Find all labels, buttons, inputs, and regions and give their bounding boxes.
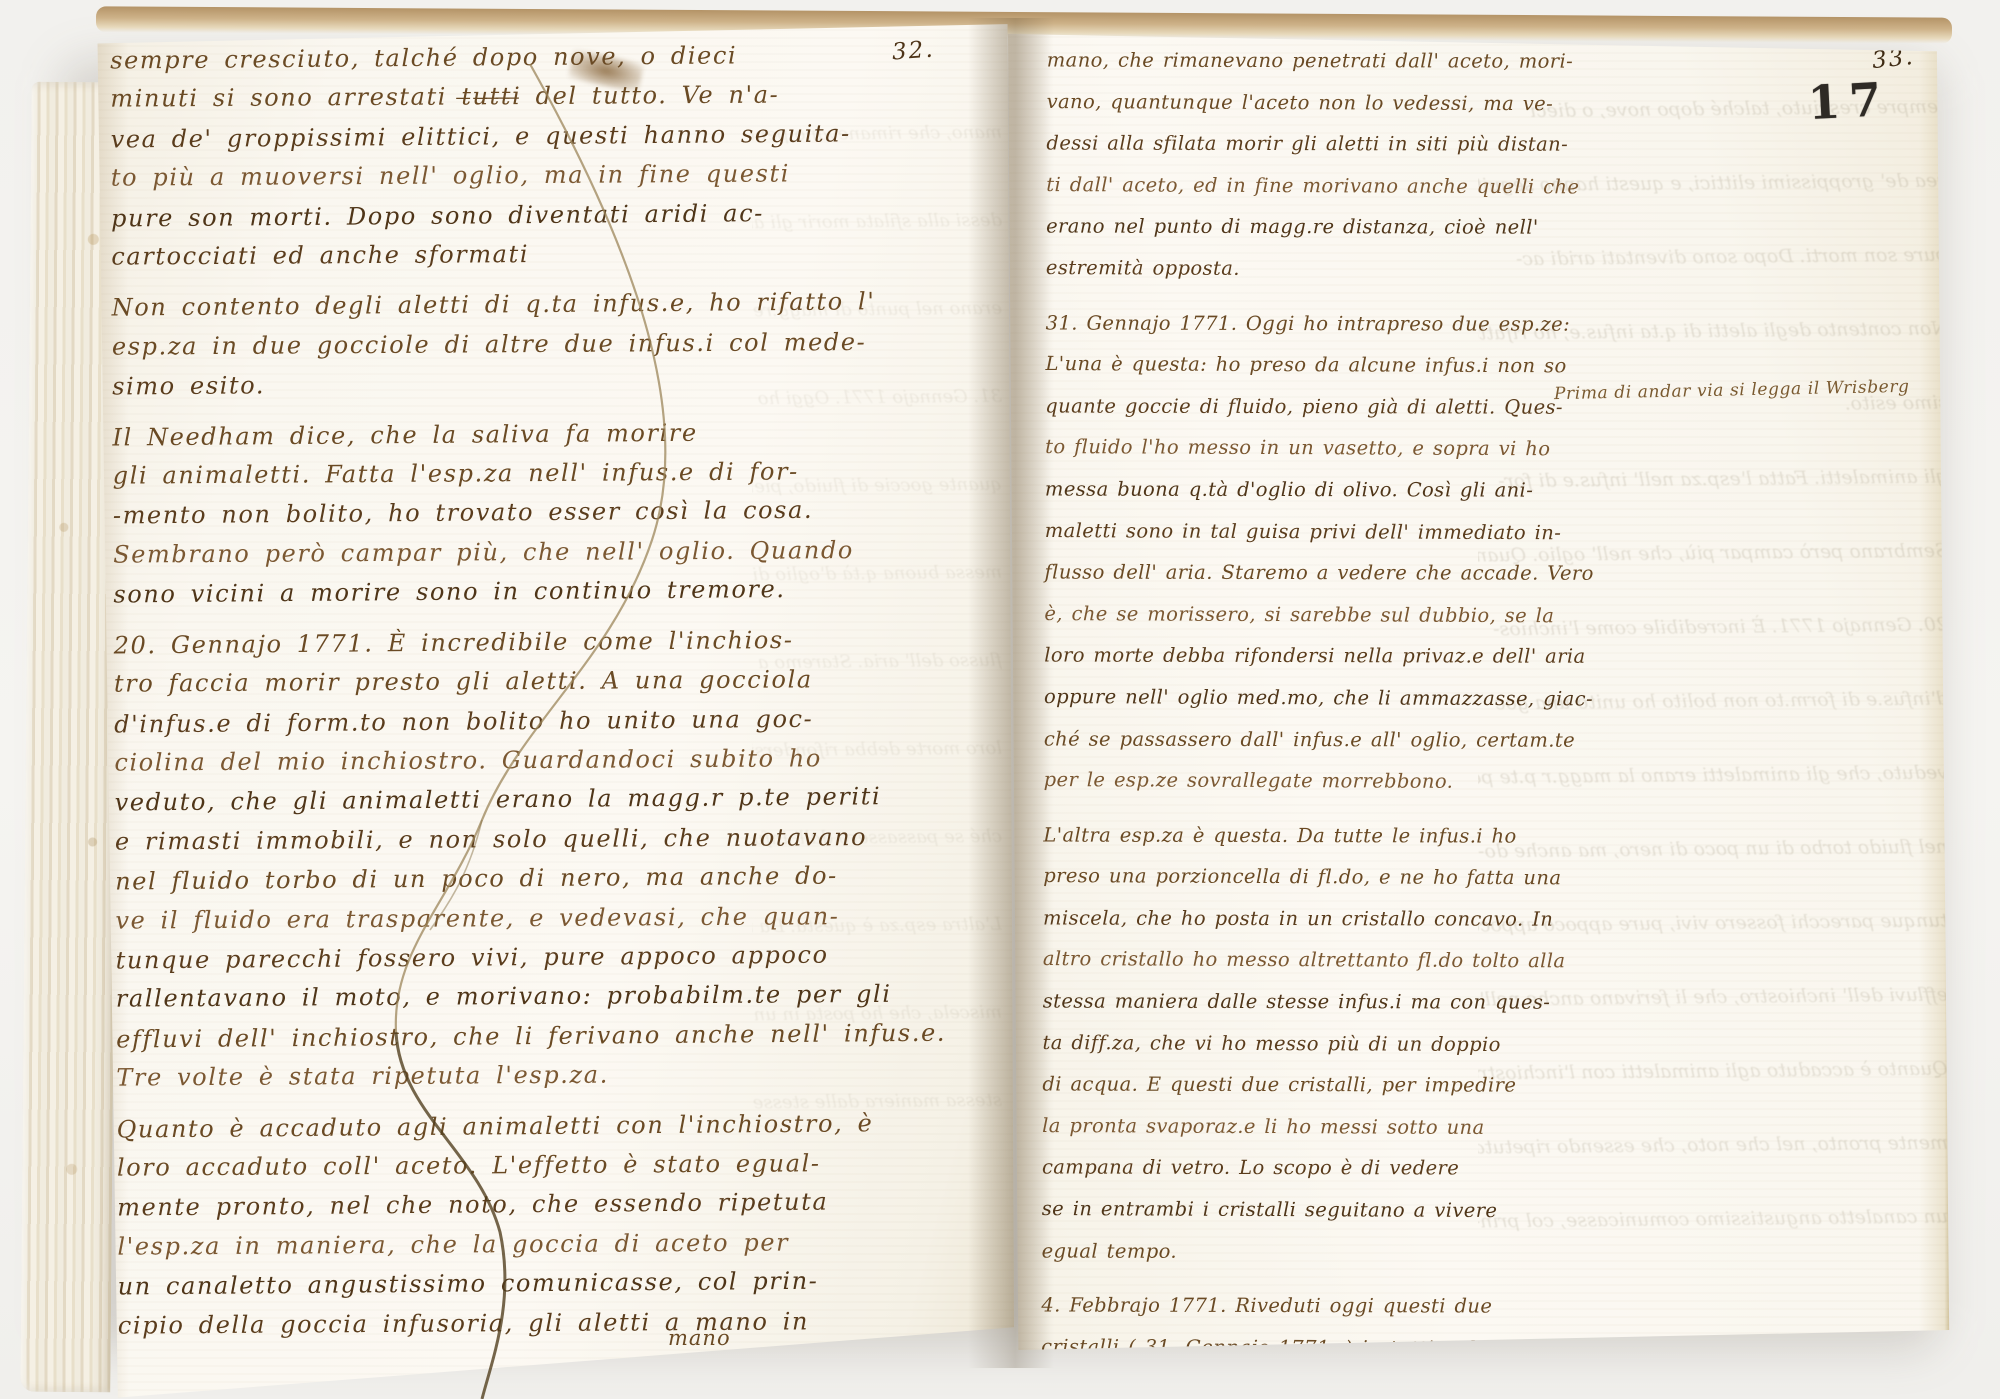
manuscript-line: veduto, che gli animaletti erano la magg… <box>115 777 971 823</box>
manuscript-line: egual tempo. <box>1042 1230 1482 1273</box>
manuscript-line: mano, che rimanevano penetrati dall' ace… <box>1047 40 1487 83</box>
left-page-text: sempre cresciuto, talché dopo nove, o di… <box>110 35 974 1345</box>
right-page: sempre cresciuto, talché dopo nove, o di… <box>1008 26 1952 1358</box>
manuscript-line: nel fluido torbo di un poco di nero, ma … <box>115 856 971 902</box>
manuscript-line: 4. Febbrajo 1771. Riveduti oggi questi d… <box>1041 1285 1481 1328</box>
manuscript-line: oppure nell' oglio med.mo, che li ammazz… <box>1044 676 1484 720</box>
manuscript-line: loro morte debba rifondersi nella privaz… <box>1044 635 1484 678</box>
paragraph: L'altra esp.za è questa. Da tutte le inf… <box>1042 814 1484 1273</box>
manuscript-line: L'una è questa: ho preso da alcune infus… <box>1045 343 1485 387</box>
manuscript-line: vea de' groppissimi elittici, e questi h… <box>110 113 966 159</box>
manuscript-line: ti dall' aceto, ed in fine morivano anch… <box>1046 164 1486 208</box>
right-page-text: mano, che rimanevano penetrati dall' ace… <box>1041 39 1487 1369</box>
marginal-note: Prima di andar via si legga il Wrisberg <box>1554 376 1954 404</box>
paragraph: mano, che rimanevano penetrati dall' ace… <box>1046 39 1487 290</box>
manuscript-line: cartocciati ed anche sformati <box>111 232 967 277</box>
manuscript-line: tunque parecchi fossero vivi, pure appoc… <box>115 934 971 980</box>
manuscript-line: erano nel punto di magg.re distanza, cio… <box>1046 206 1486 249</box>
manuscript-line: d'infus.e di form.to non bolito ho unito… <box>114 698 970 744</box>
bleed-through-line: pure son morti. Dopo sono diventati arid… <box>1478 218 1948 297</box>
paragraph: 20. Gennajo 1771. È incredibile come l'i… <box>114 620 973 1098</box>
manuscript-line: miscela, che ho posta in un cristallo co… <box>1043 897 1483 940</box>
paragraph: Il Needham dice, che la saliva fa morire… <box>112 412 969 614</box>
manuscript-line: sono vicini a morire sono in continuo tr… <box>113 569 969 615</box>
manuscript-line: Non contento degli aletti di q.ta infus.… <box>111 282 967 328</box>
manuscript-line: L'altra esp.za è questa. Da tutte le inf… <box>1043 814 1483 857</box>
page-number-left: 32. <box>891 37 935 66</box>
bleed-through-line: Quanto è accaduto agli animaletti con l'… <box>1478 1032 1948 1111</box>
manuscript-line: l'esp.za in maniera, che la goccia di ac… <box>117 1222 973 1267</box>
manuscript-line: Il Needham dice, che la saliva fa morire <box>112 411 968 457</box>
bleed-through-line: mente pronto, nel che noto, che essendo … <box>1478 1106 1948 1185</box>
manuscript-line: maletti sono in tal guisa privi dell' im… <box>1045 510 1485 554</box>
manuscript-line: to più a muoversi nell' oglio, ma in fin… <box>111 154 967 199</box>
manuscript-line: ciolina del mio inchiostro. Guardandoci … <box>114 738 970 783</box>
manuscript-line: flusso dell' aria. Staremo a vedere che … <box>1045 552 1485 595</box>
manuscript-line: loro accaduto coll' aceto. L'effetto è s… <box>117 1143 973 1188</box>
manuscript-line: e rimasti immobili, e non solo quelli, c… <box>115 817 971 862</box>
manuscript-line: stessa maniera dalle stesse infus.i ma c… <box>1043 981 1483 1024</box>
manuscript-line: simo esito. <box>112 361 968 407</box>
bleed-through-line: un canaletto angustissimo comunicasse, c… <box>1478 1180 1948 1259</box>
manuscript-line: sempre cresciuto, talché dopo nove, o di… <box>110 35 966 81</box>
manuscript-line: to fluido l'ho messo in un vasetto, e so… <box>1045 426 1485 470</box>
paragraph: 4. Febbrajo 1771. Riveduti oggi questi d… <box>1041 1284 1481 1369</box>
manuscript-line: rallentavano il moto, e morivano: probab… <box>116 975 972 1020</box>
page-number-right: 33. <box>1871 44 1916 74</box>
manuscript-line: campana di vetro. Lo scopo è di vedere <box>1042 1147 1482 1190</box>
manuscript-line: esp.za in due gocciole di altre due infu… <box>112 322 968 367</box>
manuscript-line: effluvi dell' inchiostro, che li ferivan… <box>116 1013 972 1059</box>
paragraph: 31. Gennajo 1771. Oggi ho intrapreso due… <box>1044 302 1486 803</box>
manuscript-line: messa buona q.tà d'oglio di olivo. Così … <box>1045 468 1485 511</box>
manuscript-line: 20. Gennajo 1771. È incredibile come l'i… <box>114 619 970 665</box>
manuscript-line: ta diff.za, che vi ho messo più di un do… <box>1042 1022 1482 1066</box>
manuscript-line: estremità opposta. <box>1046 247 1486 291</box>
catchword: mano <box>668 1326 731 1350</box>
manuscript-line: ve il fluido era trasparente, e vedevasi… <box>115 896 971 941</box>
left-page: mano, che rimanevano penetrati dall' ace… <box>92 20 1014 1399</box>
manuscript-line: gli animaletti. Fatta l'esp.za nell' inf… <box>113 451 969 496</box>
manuscript-photo: mano, che rimanevano penetrati dall' ace… <box>0 0 2000 1399</box>
paragraph: Non contento degli aletti di q.ta infus.… <box>112 283 969 406</box>
manuscript-line: vano, quantunque l'aceto non lo vedessi,… <box>1047 81 1487 125</box>
manuscript-line: cipio della goccia infusoria, gli aletti… <box>118 1301 974 1346</box>
manuscript-line: mente pronto, nel che noto, che essendo … <box>117 1182 973 1228</box>
paragraph: Quanto è accaduto agli animaletti con l'… <box>117 1104 974 1346</box>
manuscript-line: è, che se morissero, si sarebbe sul dubb… <box>1044 593 1484 637</box>
manuscript-line: Quanto è accaduto agli animaletti con l'… <box>117 1103 973 1149</box>
manuscript-line: dessi alla sfilata morir gli aletti in s… <box>1046 123 1486 166</box>
manuscript-line: la pronta svaporaz.e li ho messi sotto u… <box>1042 1105 1482 1149</box>
manuscript-line: se in entrambi i cristalli seguitano a v… <box>1042 1188 1482 1232</box>
manuscript-line: ché se passassero dall' infus.e all' ogl… <box>1044 718 1484 761</box>
manuscript-line: 31. Gennajo 1771. Oggi ho intrapreso due… <box>1046 302 1486 345</box>
manuscript-line: -mento non bolito, ho trovato esser così… <box>113 490 969 536</box>
manuscript-line: Tre volte è stata ripetuta l'esp.za. <box>116 1054 972 1099</box>
manuscript-line: tro faccia morir presto gli aletti. A un… <box>114 659 970 704</box>
manuscript-line: un canaletto angustissimo comunicasse, c… <box>117 1261 973 1307</box>
manuscript-line: pure son morti. Dopo sono diventati arid… <box>111 192 967 238</box>
stamped-folio-number: 17 <box>1807 72 1892 130</box>
paragraph: sempre cresciuto, talché dopo nove, o di… <box>110 35 967 277</box>
manuscript-line: altro cristallo ho messo altrettanto fl.… <box>1043 939 1483 983</box>
manuscript-line: minuti si sono arrestati t̶u̶t̶t̶i̶ del … <box>110 75 966 120</box>
manuscript-line: Sembrano però campar più, che nell' ogli… <box>113 530 969 575</box>
manuscript-line: di acqua. E questi due cristalli, per im… <box>1042 1064 1482 1107</box>
manuscript-line: preso una porzioncella di fl.do, e ne ho… <box>1043 855 1483 899</box>
manuscript-line: per le esp.ze sovrallegate morrebbono. <box>1044 759 1484 803</box>
manuscript-line: quante goccie di fluido, pieno già di al… <box>1045 385 1485 428</box>
